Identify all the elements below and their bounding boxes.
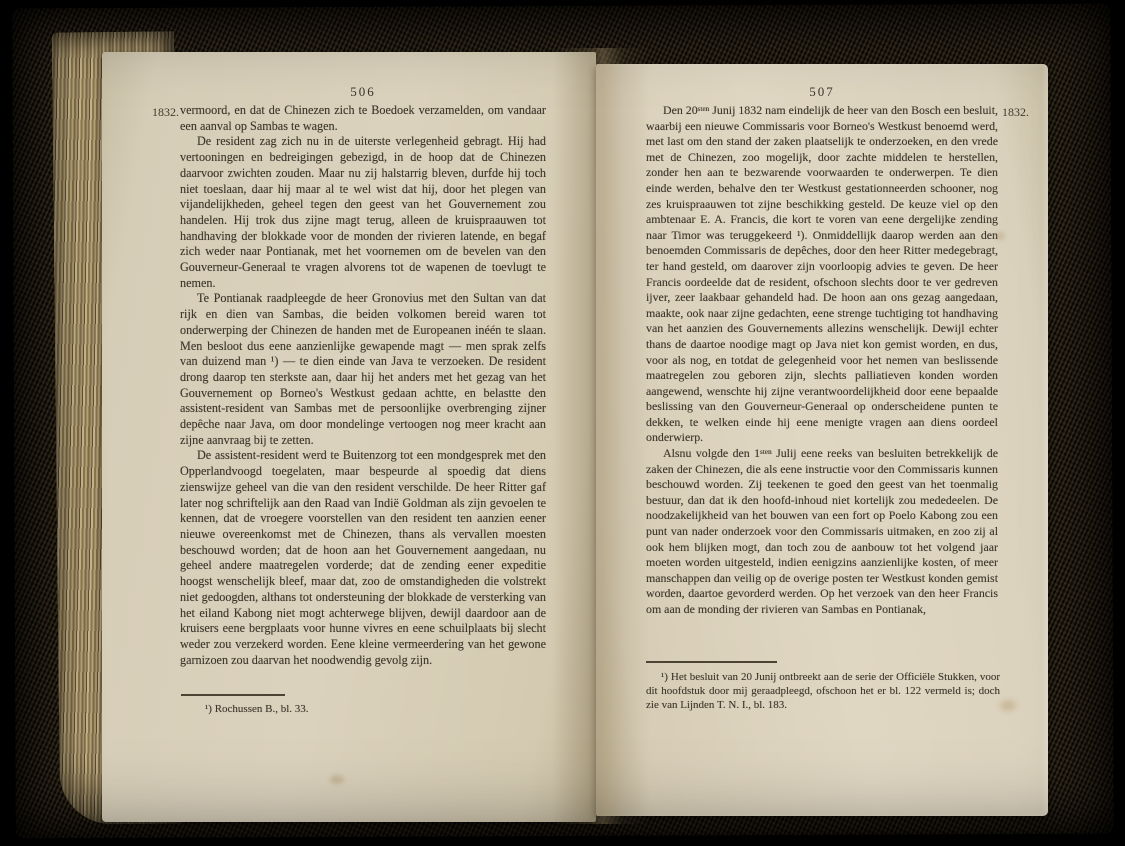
footnote-rule-left (181, 694, 285, 696)
footnote-left: ¹) Rochussen B., bl. 33. (181, 703, 547, 717)
margin-year-right: 1832. (1002, 105, 1029, 120)
paragraph: Den 20ˢᵗᵉⁿ Junij 1832 nam eindelijk de h… (646, 103, 998, 446)
margin-year-left: 1832. (140, 105, 179, 120)
paragraph: Alsnu volgde den 1ˢᵗᵉⁿ Julij eene reeks … (646, 446, 998, 618)
paragraph: vermoord, en dat de Chinezen zich te Boe… (180, 103, 546, 134)
right-page-text: Den 20ˢᵗᵉⁿ Junij 1832 nam eindelijk de h… (646, 103, 998, 618)
page-number-right: 507 (646, 84, 998, 100)
footnote-rule-right (646, 661, 777, 663)
paragraph: De resident zag zich nu in de uiterste v… (180, 134, 546, 291)
left-page-text: vermoord, en dat de Chinezen zich te Boe… (180, 103, 546, 668)
footnote-right: ¹) Het besluit van 20 Junij ontbreekt aa… (646, 671, 1000, 712)
paragraph: De assistent-resident werd te Buitenzorg… (180, 448, 546, 668)
book-photo: 506 507 1832. 1832. vermoord, en dat de … (0, 0, 1125, 846)
paragraph: Te Pontianak raadpleegde de heer Gronovi… (180, 291, 546, 448)
page-number-left: 506 (180, 84, 546, 100)
